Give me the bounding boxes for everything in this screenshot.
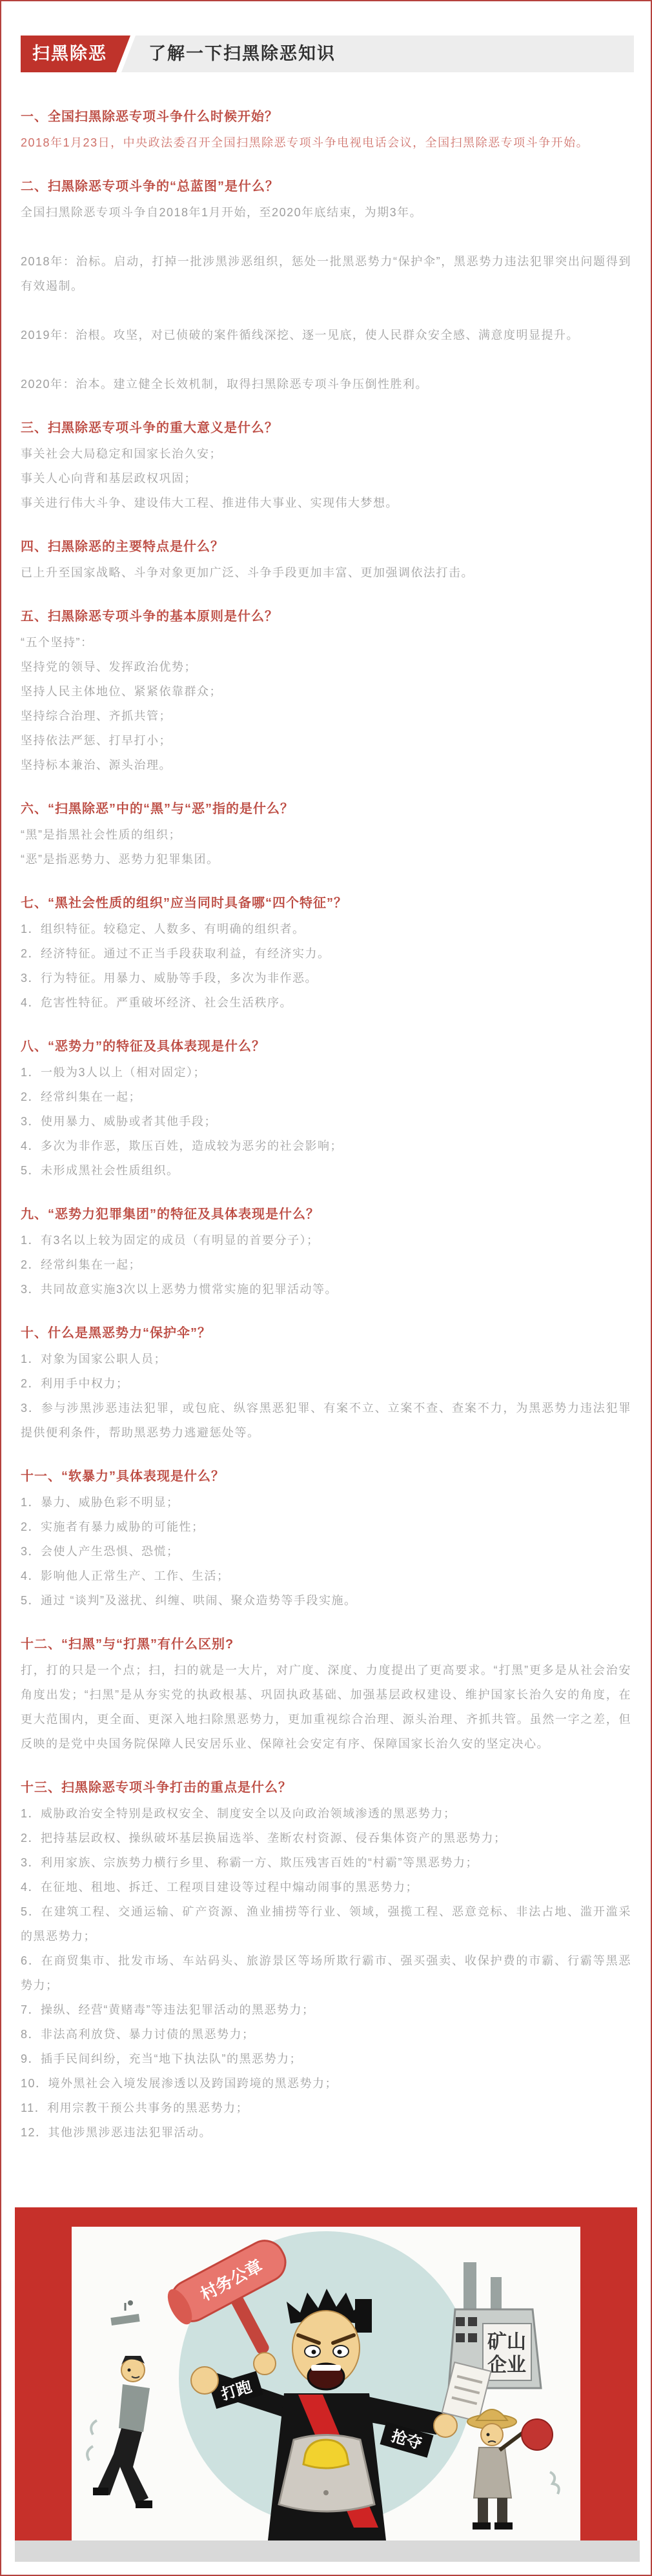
qa-section: 一、全国扫黑除恶专项斗争什么时候开始？ 2018年1月23日，中央政法委召开全国… — [21, 105, 631, 155]
qa-section: 十一、“软暴力”具体表现是什么？ 1．暴力、威胁色彩不明显；2．实施者有暴力威胁… — [21, 1464, 631, 1613]
svg-text:企业: 企业 — [487, 2354, 526, 2376]
answer-paragraph: 10．境外黑社会入境发展渗透以及跨国跨境的黑恶势力； — [21, 2071, 631, 2096]
answer-paragraph: 坚持人民主体地位、紧紧依靠群众； — [21, 679, 631, 704]
answer-paragraph: 打，打的只是一个点；扫，扫的就是一大片，对广度、深度、力度提出了更高要求。“打黑… — [21, 1658, 631, 1756]
villager-left — [87, 2300, 152, 2508]
answer-paragraph: 1．组织特征。较稳定、人数多、有明确的组织者。 — [21, 917, 631, 941]
answer-paragraph: 2020年：治本。建立健全长效机制，取得扫黑除恶专项斗争压倒性胜利。 — [21, 372, 631, 396]
question-heading: 五、扫黑除恶专项斗争的基本原则是什么？ — [21, 604, 631, 629]
answer-paragraph: 事关人心向背和基层政权巩固； — [21, 466, 631, 491]
answer-paragraph: 坚持综合治理、齐抓共管； — [21, 704, 631, 728]
answer-paragraph: 5．在建筑工程、交通运输、矿产资源、渔业捕捞等行业、领域，强揽工程、恶意竞标、非… — [21, 1899, 631, 1948]
farmer-right — [467, 2409, 559, 2530]
qa-section: 九、“恶势力犯罪集团”的特征及具体表现是什么？ 1．有3名以上较为固定的成员（有… — [21, 1202, 631, 1302]
qa-section: 十、什么是黑恶势力“保护伞”？ 1．对象为国家公职人员；2．利用手中权力；3．参… — [21, 1321, 631, 1445]
answer-paragraph: 3．会使人产生恐惧、恐慌； — [21, 1539, 631, 1564]
question-heading: 三、扫黑除恶专项斗争的重大意义是什么？ — [21, 416, 631, 440]
qa-section: 二、扫黑除恶专项斗争的“总蓝图”是什么？ 全国扫黑除恶专项斗争自2018年1月开… — [21, 174, 631, 396]
answer-paragraph: 11．利用宗教干预公共事务的黑恶势力； — [21, 2096, 631, 2120]
answer-paragraph: 4．在征地、租地、拆迁、工程项目建设等过程中煽动闹事的黑恶势力； — [21, 1875, 631, 1899]
answer-paragraph: 1．暴力、威胁色彩不明显； — [21, 1490, 631, 1515]
question-heading: 八、“恶势力”的特征及具体表现是什么？ — [21, 1034, 631, 1059]
answer-paragraph: 1．有3名以上较为固定的成员（有明显的首要分子）； — [21, 1228, 631, 1252]
answer-paragraph: 7．操纵、经营“黄赌毒”等违法犯罪活动的黑恶势力； — [21, 1998, 631, 2022]
illustration: 矿山 企业 村务公章 — [72, 2227, 580, 2540]
article-page: 扫黑除恶 了解一下扫黑除恶知识 一、全国扫黑除恶专项斗争什么时候开始？ 2018… — [0, 0, 652, 2576]
answer-paragraph: 12．其他涉黑涉恶违法犯罪活动。 — [21, 2120, 631, 2145]
answer-paragraph: 1．一般为3人以上（相对固定）； — [21, 1060, 631, 1085]
answer-paragraph: 已上升至国家战略、斗争对象更加广泛、斗争手段更加丰富、更加强调依法打击。 — [21, 560, 631, 585]
question-heading: 四、扫黑除恶的主要特点是什么？ — [21, 535, 631, 559]
answer-paragraph: 2019年：治根。攻坚，对已侦破的案件循线深挖、逐一见底，使人民群众安全感、满意… — [21, 323, 631, 347]
answer-paragraph: “五个坚持”： — [21, 630, 631, 655]
question-heading: 二、扫黑除恶专项斗争的“总蓝图”是什么？ — [21, 174, 631, 199]
question-heading: 十三、扫黑除恶专项斗争打击的重点是什么？ — [21, 1775, 631, 1800]
answer-paragraph: 坚持依法严惩、打早打小； — [21, 728, 631, 753]
qa-section: 十三、扫黑除恶专项斗争打击的重点是什么？ 1．威胁政治安全特别是政权安全、制度安… — [21, 1775, 631, 2145]
answer-paragraph: 4．多次为非作恶，欺压百姓，造成较为恶劣的社会影响； — [21, 1134, 631, 1158]
question-heading: 七、“黑社会性质的组织”应当同时具备哪“四个特征”？ — [21, 891, 631, 915]
qa-section: 六、“扫黑除恶”中的“黑”与“恶”指的是什么？ “黑”是指黑社会性质的组织；“恶… — [21, 797, 631, 872]
illustration-block: 矿山 企业 村务公章 — [15, 2207, 637, 2575]
answer-paragraph: 5．通过 “谈判”及滋扰、纠缠、哄闹、聚众造势等手段实施。 — [21, 1588, 631, 1613]
qa-section: 三、扫黑除恶专项斗争的重大意义是什么？ 事关社会大局稳定和国家长治久安；事关人心… — [21, 416, 631, 515]
answer-paragraph: 1．对象为国家公职人员； — [21, 1347, 631, 1371]
question-heading: 六、“扫黑除恶”中的“黑”与“恶”指的是什么？ — [21, 797, 631, 821]
cartoon-svg: 矿山 企业 村务公章 — [72, 2227, 580, 2540]
answer-paragraph: 2018年：治标。启动，打掉一批涉黑涉恶组织，惩处一批黑恶势力“保护伞”，黑恶势… — [21, 249, 631, 298]
answer-paragraph: 3．行为特征。用暴力、威胁等手段，多次为非作恶。 — [21, 966, 631, 990]
answer-paragraph: 坚持标本兼治、源头治理。 — [21, 753, 631, 777]
answer-paragraph: 3．利用家族、宗族势力横行乡里、称霸一方、欺压残害百姓的“村霸”等黑恶势力； — [21, 1850, 631, 1875]
header-badge: 扫黑除恶 — [21, 36, 130, 72]
qa-section: 十二、“扫黑”与“打黑”有什么区别? 打，打的只是一个点；扫，扫的就是一大片，对… — [21, 1632, 631, 1756]
answer-paragraph: 3．参与涉黑涉恶违法犯罪，或包庇、纵容黑恶犯罪、有案不立、立案不查、查案不力，为… — [21, 1396, 631, 1445]
qa-section: 五、扫黑除恶专项斗争的基本原则是什么？ “五个坚持”：坚持党的领导、发挥政治优势… — [21, 604, 631, 777]
answer-paragraph: 1．威胁政治安全特别是政权安全、制度安全以及向政治领域渗透的黑恶势力； — [21, 1801, 631, 1826]
answer-paragraph: “恶”是指恶势力、恶势力犯罪集团。 — [21, 847, 631, 872]
answer-paragraph: 全国扫黑除恶专项斗争自2018年1月开始，至2020年底结束，为期3年。 — [21, 200, 631, 225]
answer-paragraph: 事关进行伟大斗争、建设伟大工程、推进伟大事业、实现伟大梦想。 — [21, 491, 631, 515]
qa-section: 四、扫黑除恶的主要特点是什么？ 已上升至国家战略、斗争对象更加广泛、斗争手段更加… — [21, 535, 631, 585]
answer-paragraph: 4．危害性特征。严重破坏经济、社会生活秩序。 — [21, 990, 631, 1015]
answer-paragraph: 2018年1月23日，中央政法委召开全国扫黑除恶专项斗争电视电话会议，全国扫黑除… — [21, 130, 631, 155]
answer-paragraph: 5．未形成黑社会性质组织。 — [21, 1158, 631, 1183]
answer-paragraph: 坚持党的领导、发挥政治优势； — [21, 655, 631, 679]
question-heading: 十一、“软暴力”具体表现是什么？ — [21, 1464, 631, 1489]
answer-paragraph: 4．影响他人正常生产、工作、生活； — [21, 1564, 631, 1588]
page-header: 扫黑除恶 了解一下扫黑除恶知识 — [21, 36, 634, 72]
answer-paragraph: 6．在商贸集市、批发市场、车站码头、旅游景区等场所欺行霸市、强买强卖、收保护费的… — [21, 1948, 631, 1998]
qa-sections: 一、全国扫黑除恶专项斗争什么时候开始？ 2018年1月23日，中央政法委召开全国… — [1, 72, 651, 2145]
question-heading: 一、全国扫黑除恶专项斗争什么时候开始？ — [21, 105, 631, 129]
answer-paragraph: 2．把持基层政权、操纵破坏基层换届选举、垄断农村资源、侵吞集体资产的黑恶势力； — [21, 1826, 631, 1850]
question-heading: 十二、“扫黑”与“打黑”有什么区别? — [21, 1632, 631, 1657]
qa-section: 七、“黑社会性质的组织”应当同时具备哪“四个特征”？ 1．组织特征。较稳定、人数… — [21, 891, 631, 1015]
svg-text:矿山: 矿山 — [487, 2331, 526, 2353]
qa-section: 八、“恶势力”的特征及具体表现是什么？ 1．一般为3人以上（相对固定）；2．经常… — [21, 1034, 631, 1183]
illustration-red-frame: 矿山 企业 村务公章 — [15, 2207, 637, 2540]
answer-paragraph: 3．共同故意实施3次以上恶势力惯常实施的犯罪活动等。 — [21, 1277, 631, 1302]
page-title: 了解一下扫黑除恶知识 — [115, 36, 634, 72]
answer-paragraph: 9．插手民间纠纷，充当“地下执法队”的黑恶势力； — [21, 2047, 631, 2071]
question-heading: 九、“恶势力犯罪集团”的特征及具体表现是什么？ — [21, 1202, 631, 1227]
caption-strip — [15, 2540, 640, 2562]
answer-paragraph: 2．实施者有暴力威胁的可能性； — [21, 1515, 631, 1539]
answer-paragraph: 事关社会大局稳定和国家长治久安； — [21, 442, 631, 466]
answer-paragraph: 2．经济特征。通过不正当手段获取利益，有经济实力。 — [21, 941, 631, 966]
answer-paragraph: 2．利用手中权力； — [21, 1371, 631, 1396]
answer-paragraph: 2．经常纠集在一起； — [21, 1085, 631, 1109]
answer-paragraph: 2．经常纠集在一起； — [21, 1252, 631, 1277]
answer-paragraph: “黑”是指黑社会性质的组织； — [21, 823, 631, 847]
answer-paragraph: 3．使用暴力、威胁或者其他手段； — [21, 1109, 631, 1134]
answer-paragraph: 8．非法高利放贷、暴力讨债的黑恶势力； — [21, 2022, 631, 2047]
question-heading: 十、什么是黑恶势力“保护伞”？ — [21, 1321, 631, 1345]
